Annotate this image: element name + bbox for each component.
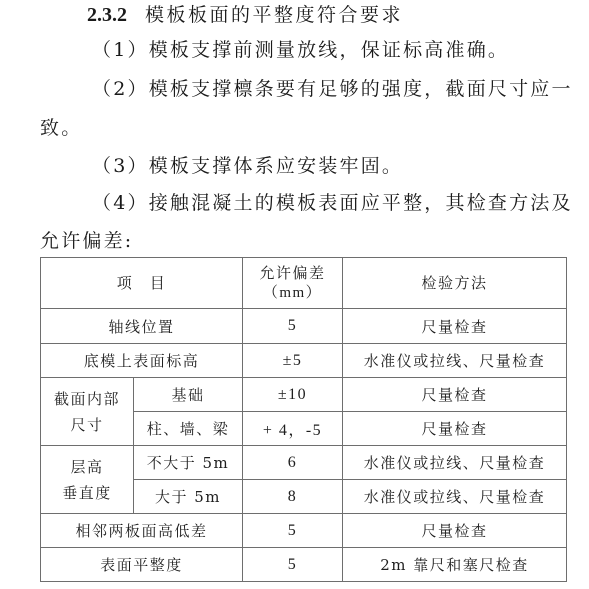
table-row: 底模上表面标高 ±5 水准仪或拉线、尺量检查 [41,344,567,378]
table-row: 截面内部 尺寸 基础 ±10 尺量检查 [41,378,567,412]
table-row: 表面平整度 5 2m 靠尺和塞尺检查 [41,548,567,582]
cell-method: 水准仪或拉线、尺量检查 [343,480,567,514]
header-tolerance-label: 允许偏差 [260,264,326,282]
section-title: 模板板面的平整度符合要求 [145,4,403,26]
cell-tolerance: + 4，-5 [243,412,343,446]
table-row: 层高 垂直度 不大于 5m 6 水准仪或拉线、尺量检查 [41,446,567,480]
cell-tolerance: 5 [243,309,343,344]
header-tolerance-unit: （mm） [243,283,342,303]
cell-item: 相邻两板面高低差 [41,514,243,548]
cell-tolerance: 5 [243,514,343,548]
table-row: 轴线位置 5 尺量检查 [41,309,567,344]
header-tolerance: 允许偏差 （mm） [243,258,343,309]
cell-sub-item: 大于 5m [134,480,243,514]
cell-item: 表面平整度 [41,548,243,582]
cell-method: 水准仪或拉线、尺量检查 [343,344,567,378]
cell-method: 尺量检查 [343,514,567,548]
cell-method: 尺量检查 [343,412,567,446]
group-line-2: 尺寸 [70,416,103,434]
table-row: 相邻两板面高低差 5 尺量检查 [41,514,567,548]
cell-method: 尺量检查 [343,309,567,344]
paragraph-1: （1）模板支撑前测量放线，保证标高准确。 [92,38,509,62]
cell-sub-item: 不大于 5m [134,446,243,480]
cell-tolerance: 5 [243,548,343,582]
group-line-1: 层高 [70,458,103,476]
cell-tolerance: ±10 [243,378,343,412]
group-line-2: 垂直度 [62,484,112,502]
group-line-1: 截面内部 [54,390,120,408]
cell-group-story-verticality: 层高 垂直度 [41,446,134,514]
cell-item: 底模上表面标高 [41,344,243,378]
cell-tolerance: ±5 [243,344,343,378]
header-item: 项 目 [41,258,243,309]
paragraph-3: （3）模板支撑体系应安装牢固。 [92,154,403,178]
cell-group-section-size: 截面内部 尺寸 [41,378,134,446]
cell-tolerance: 8 [243,480,343,514]
cell-method: 尺量检查 [343,378,567,412]
cell-item: 轴线位置 [41,309,243,344]
table-header-row: 项 目 允许偏差 （mm） 检验方法 [41,258,567,309]
cell-method: 水准仪或拉线、尺量检查 [343,446,567,480]
cell-sub-item: 柱、墙、梁 [134,412,243,446]
paragraph-2-line-1: （2）模板支撑檩条要有足够的强度，截面尺寸应一 [92,77,573,101]
header-method: 检验方法 [343,258,567,309]
section-number: 2.3.2 [87,4,127,26]
section-heading: 2.3.2模板板面的平整度符合要求 [87,2,403,28]
cell-sub-item: 基础 [134,378,243,412]
tolerance-table: 项 目 允许偏差 （mm） 检验方法 轴线位置 5 尺量检查 底模上表面标高 ±… [40,257,567,582]
paragraph-4-line-2: 允许偏差: [40,229,133,253]
cell-method: 2m 靠尺和塞尺检查 [343,548,567,582]
cell-tolerance: 6 [243,446,343,480]
paragraph-2-line-2: 致。 [40,116,82,140]
paragraph-4-line-1: （4）接触混凝土的模板表面应平整，其检查方法及 [92,191,573,215]
